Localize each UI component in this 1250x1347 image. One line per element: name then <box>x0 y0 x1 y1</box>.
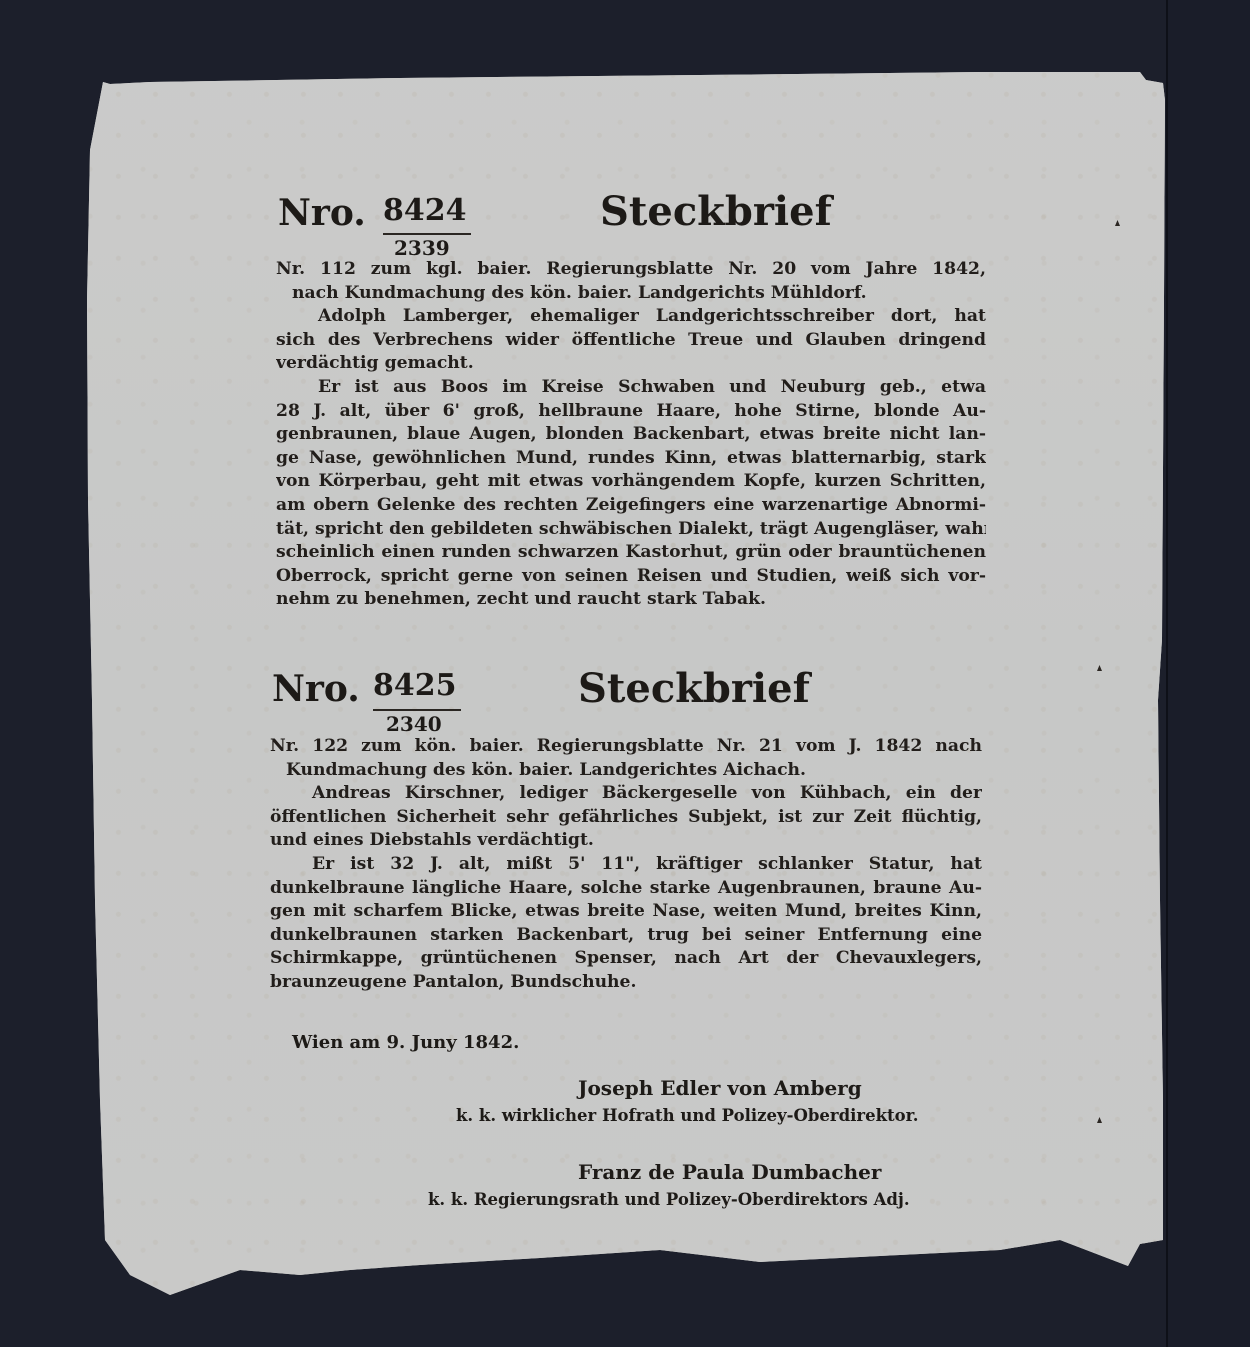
entry-sub-number: 2340 <box>386 712 442 736</box>
text-line: dunkelbraunen starken Backenbart, trug b… <box>270 924 982 948</box>
text-line: Er ist 32 J. alt, mißt 5' 11", kräftiger… <box>270 853 982 877</box>
text-line: tät, spricht den gebildeten schwäbischen… <box>276 518 986 542</box>
text-line: Andreas Kirschner, lediger Bäckergeselle… <box>270 782 982 806</box>
text-line: Kundmachung des kön. baier. Landgerichte… <box>270 759 982 783</box>
text-line: genbraunen, blaue Augen, blonden Backenb… <box>276 423 986 447</box>
ink-mark <box>1115 220 1120 226</box>
text-line: dunkelbraune längliche Haare, solche sta… <box>270 877 982 901</box>
entry-number: 8424 <box>383 193 467 228</box>
text-line: sich des Verbrechens wider öffentliche T… <box>276 329 986 353</box>
nro-label: Nro. <box>278 192 366 234</box>
signatory-title: k. k. wirklicher Hofrath und Polizey-Obe… <box>456 1106 919 1125</box>
ink-mark <box>1097 665 1102 671</box>
text-line: Schirmkappe, grüntüchenen Spenser, nach … <box>270 947 982 971</box>
text-line: von Körperbau, geht mit etwas vorhängend… <box>276 470 986 494</box>
text-line: verdächtig gemacht. <box>276 352 986 376</box>
paper-sheet: Nro. 8424 2339 Steckbrief Nr. 112 zum kg… <box>0 0 1250 1347</box>
text-line: Nr. 112 zum kgl. baier. Regierungsblatte… <box>276 258 986 282</box>
text-line: öffentlichen Sicherheit sehr gefährliche… <box>270 806 982 830</box>
text-line: nehm zu benehmen, zecht und raucht stark… <box>276 588 986 612</box>
entry-title: Steckbrief <box>600 188 832 235</box>
text-line: am obern Gelenke des rechten Zeigefinger… <box>276 494 986 518</box>
signatory-name: Joseph Edler von Amberg <box>578 1076 862 1100</box>
entry-body: Nr. 112 zum kgl. baier. Regierungsblatte… <box>276 258 986 612</box>
signatory-title: k. k. Regierungsrath und Polizey-Oberdir… <box>428 1190 910 1209</box>
entry-sub-number: 2339 <box>394 236 450 260</box>
text-line: braunzeugene Pantalon, Bundschuhe. <box>270 971 982 995</box>
nro-label: Nro. <box>272 668 360 710</box>
entry-body: Nr. 122 zum kön. baier. Regierungsblatte… <box>270 735 982 995</box>
ink-mark <box>1097 1117 1102 1123</box>
text-line: gen mit scharfem Blicke, etwas breite Na… <box>270 900 982 924</box>
text-line: und eines Diebstahls verdächtigt. <box>270 829 982 853</box>
text-line: 28 J. alt, über 6' groß, hellbraune Haar… <box>276 400 986 424</box>
fraction-line <box>383 233 471 235</box>
text-line: Er ist aus Boos im Kreise Schwaben und N… <box>276 376 986 400</box>
text-line: Oberrock, spricht gerne von seinen Reise… <box>276 565 986 589</box>
date-line: Wien am 9. Juny 1842. <box>292 1032 519 1053</box>
text-line: ge Nase, gewöhnlichen Mund, rundes Kinn,… <box>276 447 986 471</box>
fraction-line <box>373 709 461 711</box>
text-line: nach Kundmachung des kön. baier. Landger… <box>276 282 986 306</box>
dark-backdrop-panel <box>1166 0 1250 1347</box>
entry-number: 8425 <box>373 668 457 703</box>
text-line: Nr. 122 zum kön. baier. Regierungsblatte… <box>270 735 982 759</box>
entry-title: Steckbrief <box>578 665 810 712</box>
text-line: Adolph Lamberger, ehemaliger Landgericht… <box>276 305 986 329</box>
signatory-name: Franz de Paula Dumbacher <box>578 1160 881 1184</box>
text-line: scheinlich einen runden schwarzen Kastor… <box>276 541 986 565</box>
